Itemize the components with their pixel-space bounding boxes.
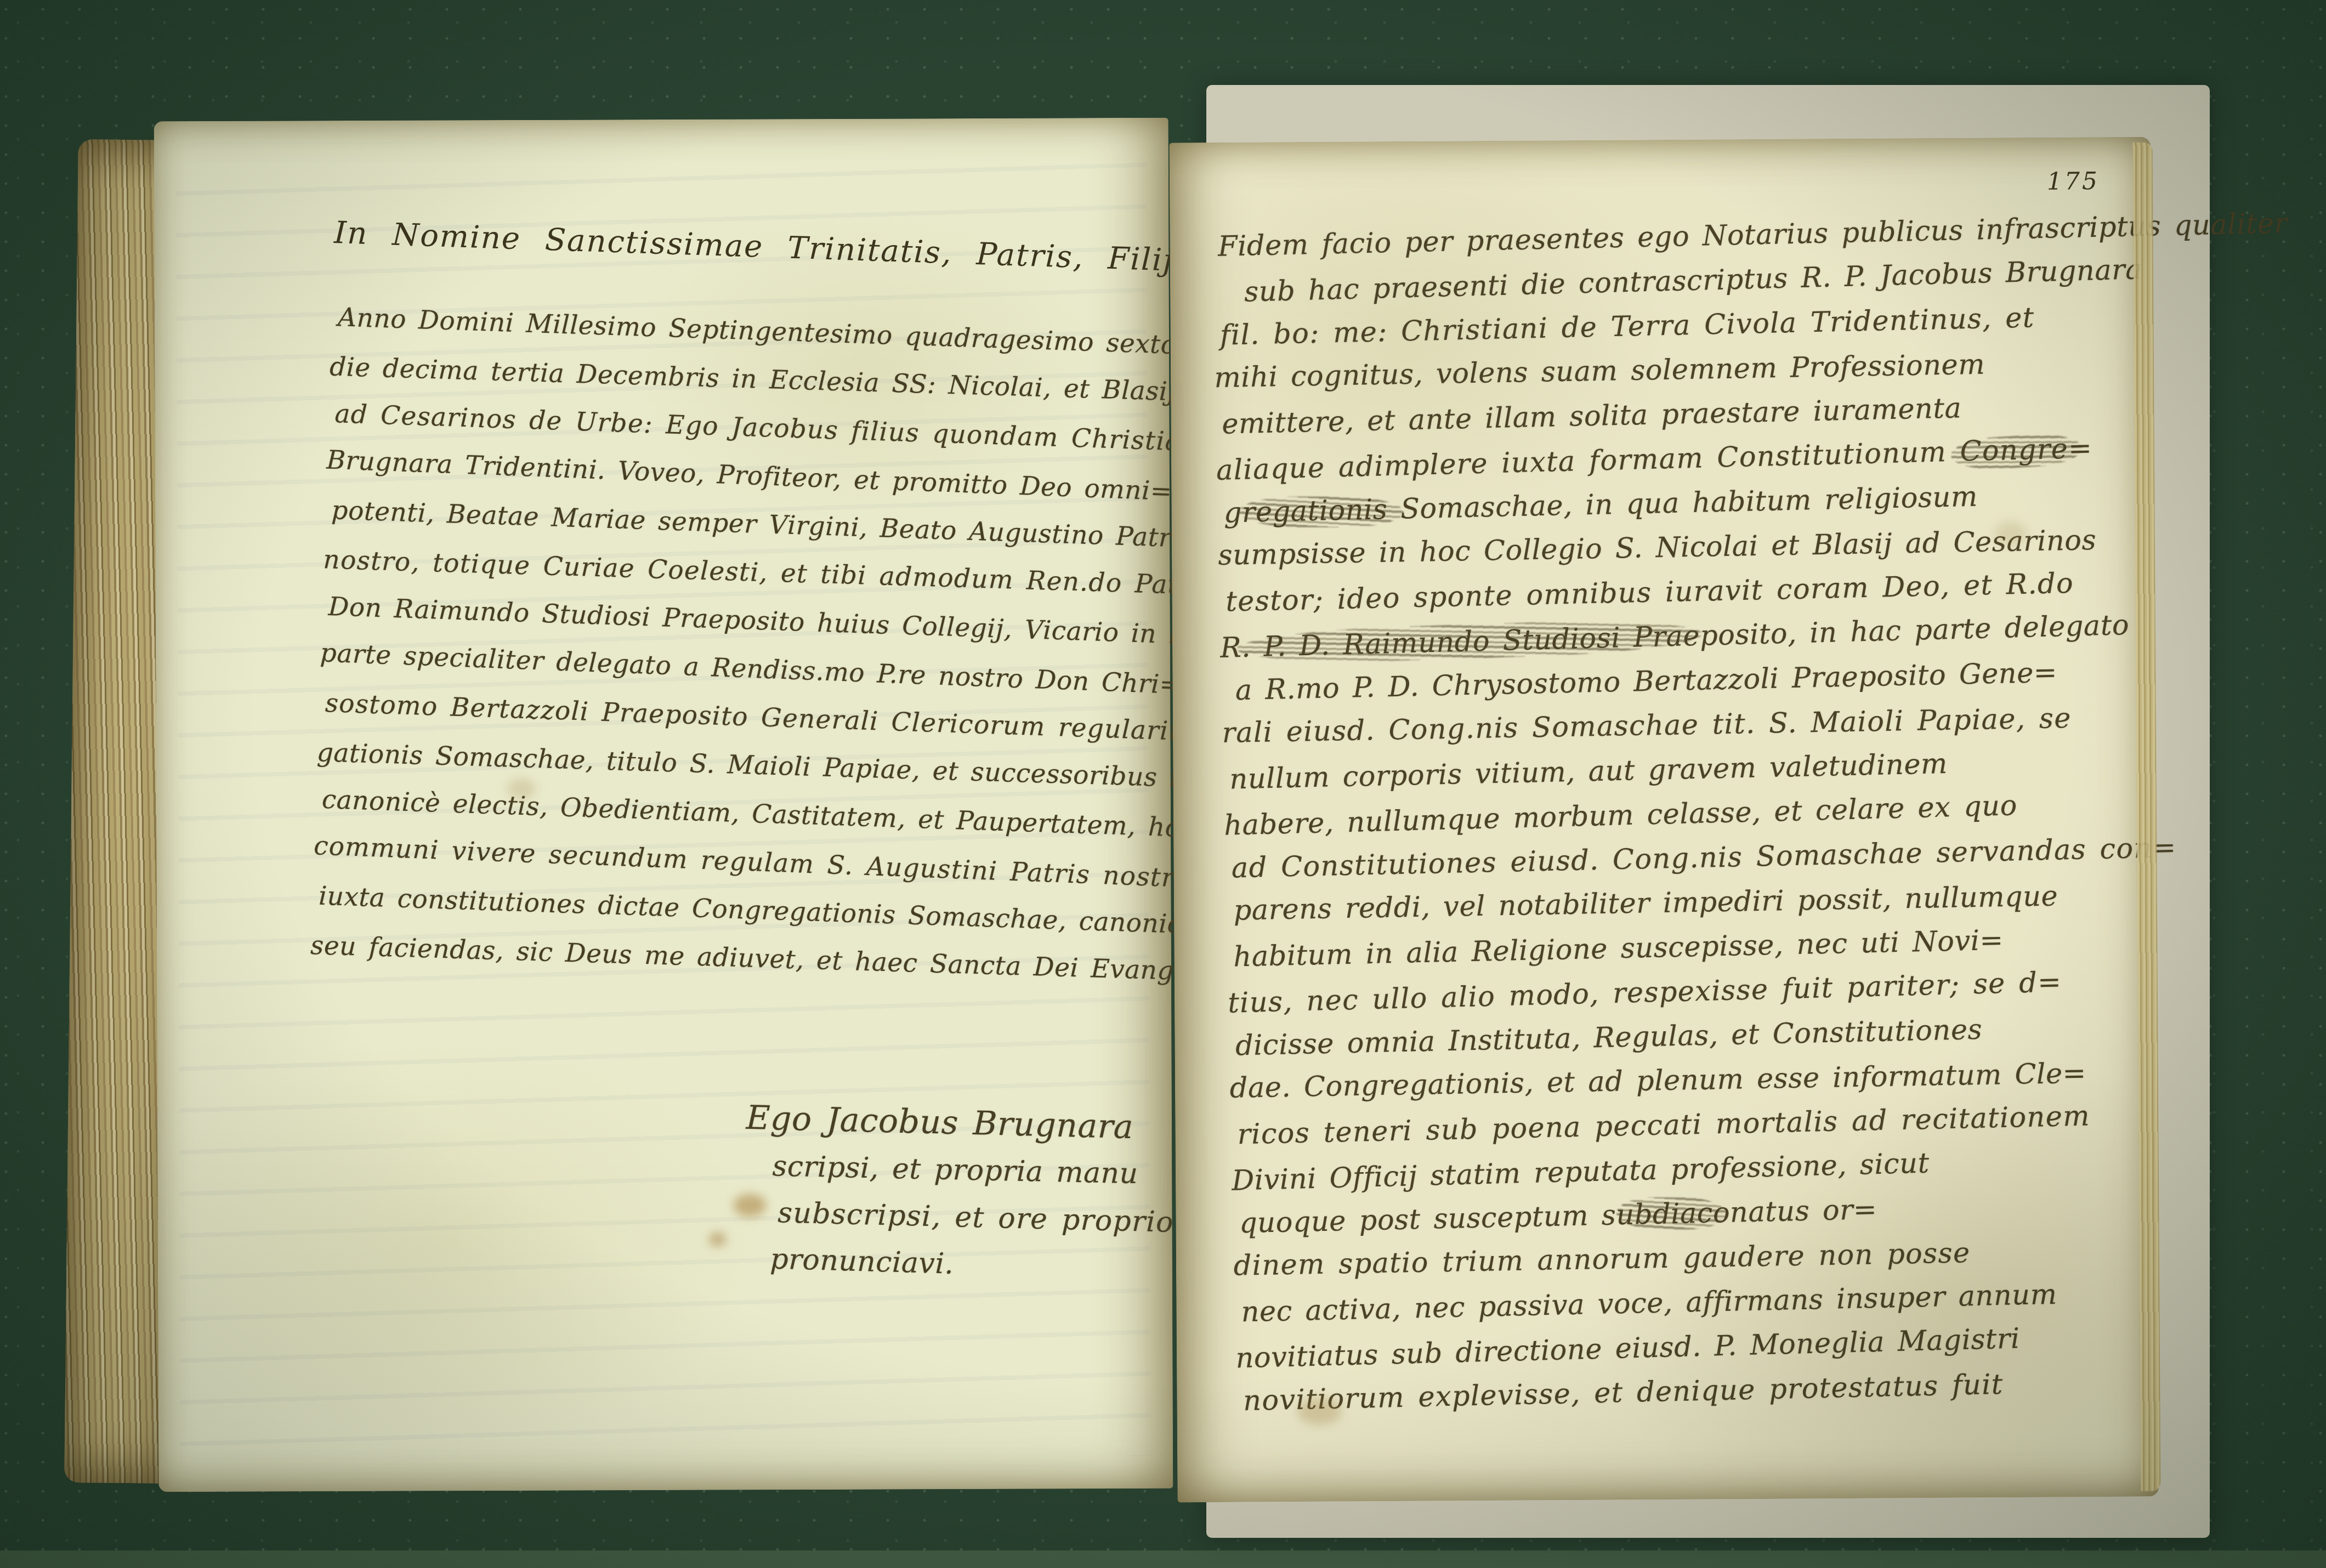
profession-text: Anno Domini Millesimo Septingentesimo qu… — [310, 293, 1154, 996]
notarial-attestation-text: Fidem facio per praesentes ego Notarius … — [1211, 204, 2191, 1423]
page-number: 175 — [2047, 167, 2100, 196]
open-manuscript-book: In Nomine Sanctissimae Trinitatis, Patri… — [55, 110, 2226, 1524]
invocation-title: In Nomine Sanctissimae Trinitatis, Patri… — [333, 203, 1158, 291]
ink-stain — [733, 1194, 766, 1217]
right-page: 175 Fidem facio per praesentes ego Notar… — [1169, 137, 2159, 1503]
left-page-text-block: In Nomine Sanctissimae Trinitatis, Patri… — [310, 203, 1157, 996]
right-page-text-block: Fidem facio per praesentes ego Notarius … — [1211, 204, 2191, 1423]
signature-block: Ego Jacobus Brugnarascripsi, et propria … — [769, 1095, 1177, 1293]
ink-stain — [709, 1232, 727, 1247]
left-page: In Nomine Sanctissimae Trinitatis, Patri… — [154, 118, 1173, 1492]
photo-bottom-light-strip — [0, 1550, 2326, 1568]
manuscript-photo: { "photo": { "background_color": "#2a433… — [0, 0, 2326, 1568]
signature-line: scripsi, et propria manu — [772, 1143, 1176, 1198]
